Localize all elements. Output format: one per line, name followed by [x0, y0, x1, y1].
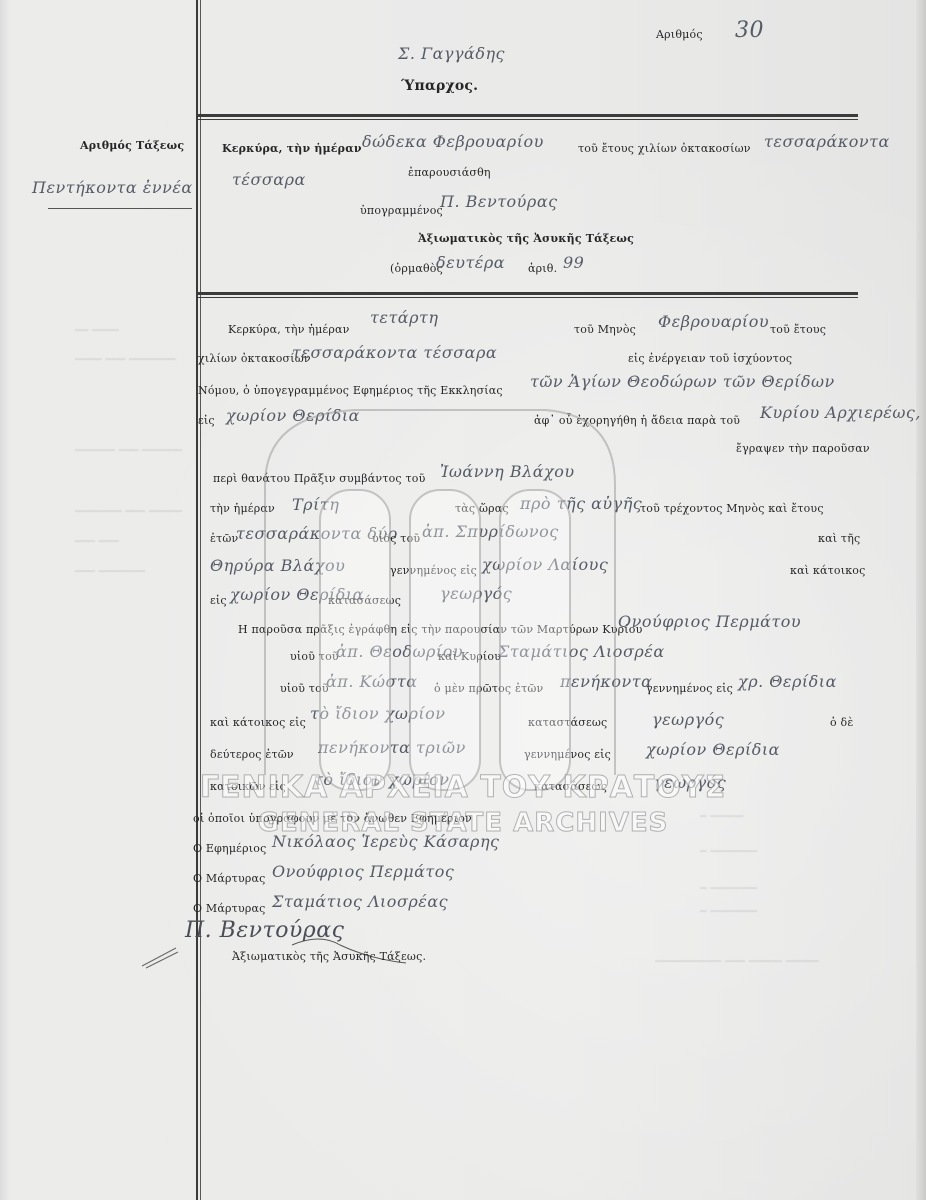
section-rule-middle	[197, 292, 858, 299]
margin-underline	[48, 208, 192, 209]
column-divider	[196, 0, 198, 1200]
handwritten-text: τεσσαράκοντα τέσσαρα	[292, 343, 497, 362]
handwritten-text: χωρίον Θερίδια	[646, 740, 780, 759]
bleed-through: ─ ───────	[700, 905, 757, 918]
printed-text: ἐπαρουσιάσθη	[408, 166, 491, 179]
bleed-through: ── ────	[75, 324, 119, 337]
handwritten-text: δευτέρα	[436, 253, 505, 272]
signature-role: Ο Εφημέριος	[193, 842, 266, 855]
printed-text: ὁ δὲ	[830, 716, 853, 729]
handwritten-text: Π. Βεντούρας	[440, 192, 558, 211]
printed-text: καὶ κάτοικος	[790, 564, 866, 577]
handwritten-text: χρ. Θερίδια	[738, 672, 837, 691]
number-label: Αριθμός	[656, 28, 703, 41]
bleed-through: ─ ───────	[700, 882, 757, 895]
watermark-greek: ΓΕΝΙΚΑ ΑΡΧΕΙΑ ΤΟΥ ΚΡΑΤΟΥΣ	[0, 770, 926, 805]
bleed-through: ─── ───────	[75, 565, 145, 578]
printed-text: τοῦ ἔτους	[770, 323, 826, 336]
printed-text: ὑπογραμμένος	[360, 204, 443, 217]
printed-text: Κερκύρα, τὴν ἡμέραν	[222, 142, 362, 155]
watermark-english: GENERAL STATE ARCHIVES	[0, 808, 926, 838]
printed-text: εἰς	[210, 594, 227, 607]
printed-text: εἰς ἐνέργειαν τοῦ ἰσχύοντος	[628, 352, 792, 365]
signature-name: Ονούφριος Περμάτος	[272, 862, 454, 881]
printed-text: ἔγραψεν τὴν παροῦσαν	[736, 442, 870, 455]
officer-label: Ἀξιωματικὸς τῆς Ἀσυκῆς Τάξεως.	[232, 950, 426, 963]
printed-text: καὶ τῆς	[818, 532, 860, 545]
bleed-through: ─── ───	[75, 535, 119, 548]
column-divider	[200, 0, 201, 1200]
signature-name: Σταμάτιος Λιοσρέας	[272, 892, 448, 911]
signature-role: Ο Μάρτυρας	[193, 872, 266, 885]
printed-text: ἐτῶν	[210, 532, 238, 545]
printed-text: Κερκύρα, τὴν ἡμέραν	[228, 323, 350, 336]
handwritten-text: 99	[563, 253, 584, 272]
printed-text: ἀριθ.	[528, 262, 557, 275]
printed-text: τοῦ ἔτους χιλίων ὀκτακοσίων	[578, 142, 751, 155]
signature-top: Σ. Γαγγάδης	[398, 44, 505, 63]
printed-text: εἰς	[198, 414, 215, 427]
handwritten-text: τετάρτη	[370, 308, 438, 327]
handwritten-text: γεωργός	[652, 710, 724, 729]
bleed-through: ────────── ─── ───── ─────	[655, 955, 819, 968]
printed-text: γεννημένος εἰς	[646, 682, 733, 695]
handwritten-text: δώδεκα Φεβρουαρίου	[362, 132, 544, 151]
number-value: 30	[735, 18, 764, 43]
bleed-through: ──── ─── ───────	[75, 353, 175, 366]
bleed-through: ─ ───────	[700, 845, 757, 858]
margin-dash-mark	[140, 940, 180, 970]
section-rule-top	[197, 114, 858, 121]
handwritten-text: τέσσαρα	[232, 170, 306, 189]
printed-text: τοῦ Μηνὸς	[574, 323, 636, 336]
handwritten-text: Ονούφριος Περμάτου	[618, 612, 801, 631]
page-edge	[916, 0, 926, 1200]
margin-label: Αριθμός Τάξεως	[80, 139, 184, 152]
bleed-through: ────── ─── ──────	[75, 444, 182, 457]
margin-value: Πεντήκοντα ἐννέα	[32, 178, 193, 197]
handwritten-text: Φεβρουαρίου	[658, 312, 769, 331]
bleed-through: ─────── ─── ─────	[75, 505, 182, 518]
handwritten-text: τῶν Ἁγίων Θεοδώρων τῶν Θερίδων	[530, 372, 835, 391]
printed-text: τοῦ τρέχοντος Μηνὸς καὶ ἔτους	[640, 502, 824, 515]
signature-role: Ο Μάρτυρας	[193, 902, 266, 915]
archive-logo-watermark	[245, 395, 635, 795]
printed-text: Ἀξιωματικὸς τῆς Ἀσυκῆς Τάξεως	[418, 232, 634, 245]
handwritten-text: Κυρίου Αρχιερέως,	[760, 403, 921, 422]
handwritten-text: τεσσαράκοντα	[764, 132, 890, 151]
title: Ύπαρχος.	[401, 78, 478, 94]
